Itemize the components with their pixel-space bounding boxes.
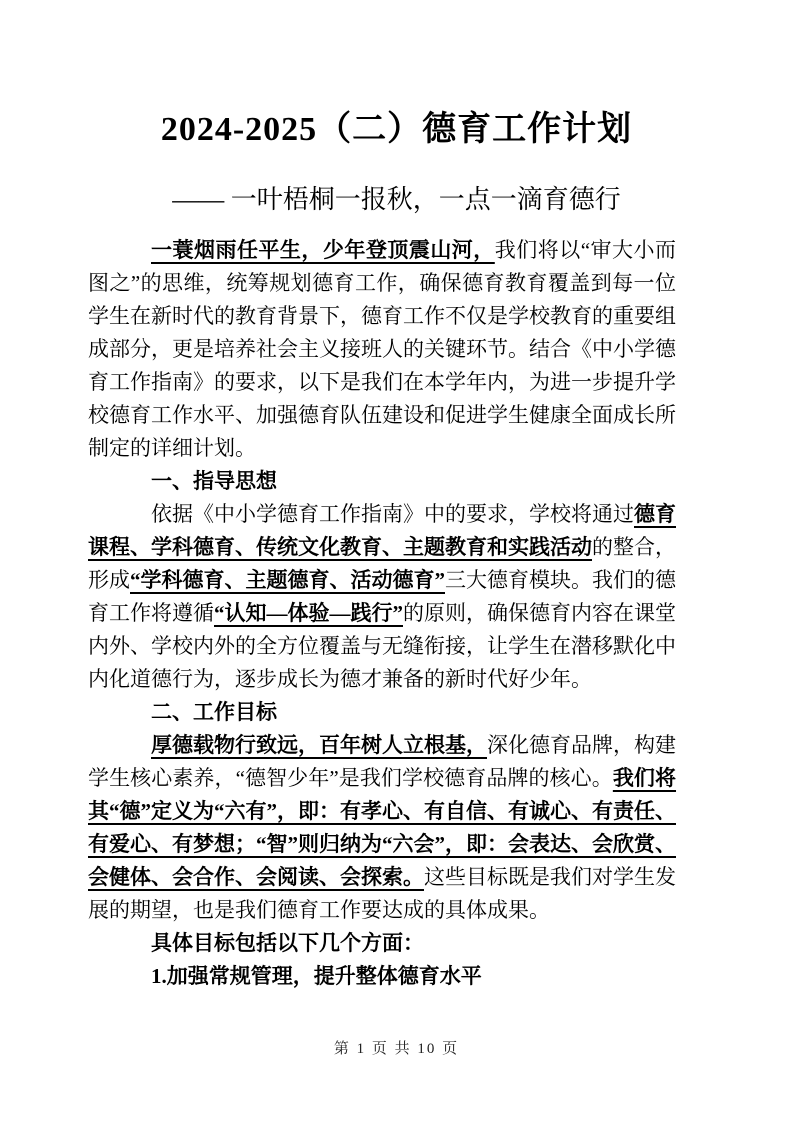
text-run: 二、工作目标	[151, 700, 277, 724]
text-run: 厚德载物行致远，百年树人立根基，	[151, 733, 487, 757]
text-run: 1.加强常规管理，提升整体德育水平	[151, 964, 482, 988]
document-title: 2024-2025（二）德育工作计划	[0, 108, 793, 152]
text-run: “认知—体验—践行”	[214, 601, 403, 625]
section-heading: 一、指导思想	[88, 465, 676, 498]
document-body: 一蓑烟雨任平生，少年登顶震山河，我们将以“审大小而图之”的思维，统筹规划德育工作…	[88, 234, 676, 993]
document-subtitle: —— 一叶梧桐一报秋，一点一滴育德行	[0, 183, 793, 217]
section-heading: 二、工作目标	[88, 696, 676, 729]
text-run: 依据《中小学德育工作指南》中的要求，学校将通过	[151, 502, 634, 526]
paragraph: 一蓑烟雨任平生，少年登顶震山河，我们将以“审大小而图之”的思维，统筹规划德育工作…	[88, 234, 676, 465]
section-heading: 1.加强常规管理，提升整体德育水平	[88, 960, 676, 993]
paragraph: 厚德载物行致远，百年树人立根基，深化德育品牌，构建学生核心素养，“德智少年”是我…	[88, 729, 676, 927]
section-heading: 具体目标包括以下几个方面：	[88, 927, 676, 960]
page-number: 第 1 页 共 10 页	[334, 1041, 459, 1057]
paragraph: 依据《中小学德育工作指南》中的要求，学校将通过德育课程、学科德育、传统文化教育、…	[88, 498, 676, 696]
document-page: 2024-2025（二）德育工作计划 —— 一叶梧桐一报秋，一点一滴育德行 一蓑…	[0, 0, 793, 1122]
text-run: 我们将以“审大小而图之”的思维，统筹规划德育工作，确保德育教育覆盖到每一位学生在…	[88, 238, 676, 460]
text-run: 具体目标包括以下几个方面：	[151, 931, 424, 955]
text-run: 一蓑烟雨任平生，少年登顶震山河，	[151, 238, 495, 262]
text-run: “学科德育、主题德育、活动德育”	[130, 568, 445, 592]
page-footer: 第 1 页 共 10 页	[0, 1037, 793, 1058]
text-run: 一、指导思想	[151, 469, 277, 493]
